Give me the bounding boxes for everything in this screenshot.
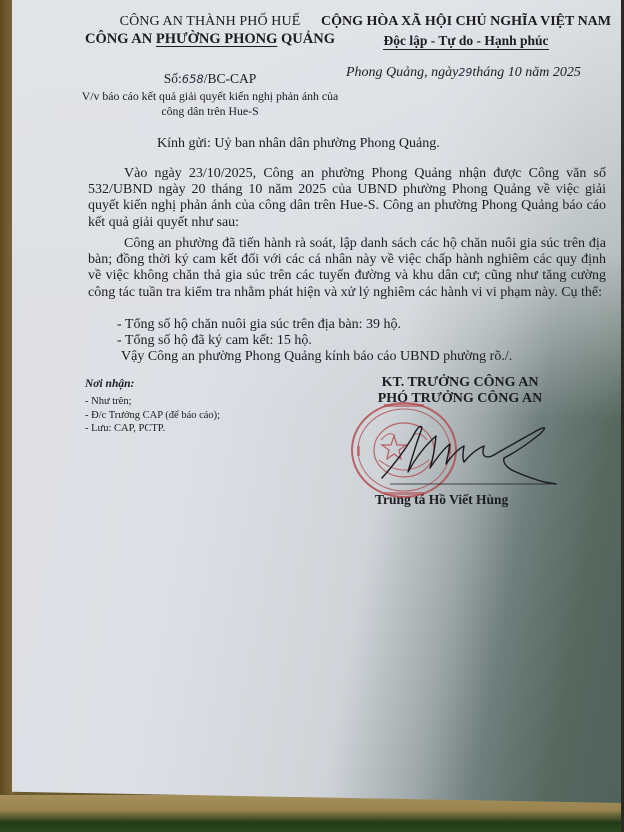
agency-prefix: CÔNG AN bbox=[85, 31, 156, 47]
paragraph-1-text: Vào ngày 23/10/2025, Công an phường Phon… bbox=[88, 166, 606, 230]
number-label: Số: bbox=[164, 71, 182, 86]
signature-icon bbox=[380, 410, 560, 490]
conclusion: Vậy Công an phường Phong Quảng kính báo … bbox=[121, 349, 512, 365]
recipient-item: - Như trên; bbox=[85, 396, 132, 407]
issuing-agency: CÔNG AN PHƯỜNG PHONG QUẢNG bbox=[70, 31, 350, 48]
body-paragraph-2: Công an phường đã tiến hành rà soát, lập… bbox=[88, 236, 606, 301]
date-suffix: tháng 10 năm 2025 bbox=[472, 65, 581, 80]
signer-name: Trung tá Hồ Viết Hùng bbox=[375, 492, 508, 508]
date-prefix: Phong Quảng, ngày bbox=[346, 65, 458, 80]
document-number: Số:658/BC-CAP bbox=[70, 71, 350, 87]
parent-agency: CÔNG AN THÀNH PHỐ HUẾ bbox=[70, 14, 350, 30]
paragraph-2-text: Công an phường đã tiến hành rà soát, lập… bbox=[88, 236, 606, 300]
nation-title: CỘNG HÒA XÃ HỘI CHỦ NGHĨA VIỆT NAM bbox=[316, 14, 616, 30]
place-date: Phong Quảng, ngày29tháng 10 năm 2025 bbox=[346, 65, 581, 81]
number-suffix: /BC-CAP bbox=[204, 71, 257, 86]
national-motto: Độc lập - Tự do - Hạnh phúc bbox=[316, 33, 616, 49]
bullet-total-households: - Tổng số hộ chăn nuôi gia súc trên địa … bbox=[117, 317, 401, 333]
motto-text: Độc lập - Tự do - Hạnh phúc bbox=[383, 33, 548, 50]
date-day-handwritten: 29 bbox=[458, 66, 472, 79]
agency-underlined: PHƯỜNG PHONG bbox=[156, 31, 278, 47]
recipient-line: Kính gửi: Uỷ ban nhân dân phường Phong Q… bbox=[157, 136, 440, 152]
background-table-left bbox=[0, 0, 14, 832]
document-subject: V/v báo cáo kết quả giải quyết kiến nghị… bbox=[70, 89, 350, 119]
recipients-title: Nơi nhận: bbox=[85, 378, 134, 390]
body-paragraph-1: Vào ngày 23/10/2025, Công an phường Phon… bbox=[88, 166, 606, 231]
signature-title-1: KT. TRƯỞNG CÔNG AN bbox=[360, 375, 560, 391]
recipient-item: - Lưu: CAP, PCTP. bbox=[85, 423, 165, 434]
recipient-item: - Đ/c Trưởng CAP (để báo cáo); bbox=[85, 410, 220, 421]
bullet-signed-households: - Tổng số hộ đã ký cam kết: 15 hộ. bbox=[117, 333, 312, 349]
number-handwritten: 658 bbox=[182, 72, 204, 86]
